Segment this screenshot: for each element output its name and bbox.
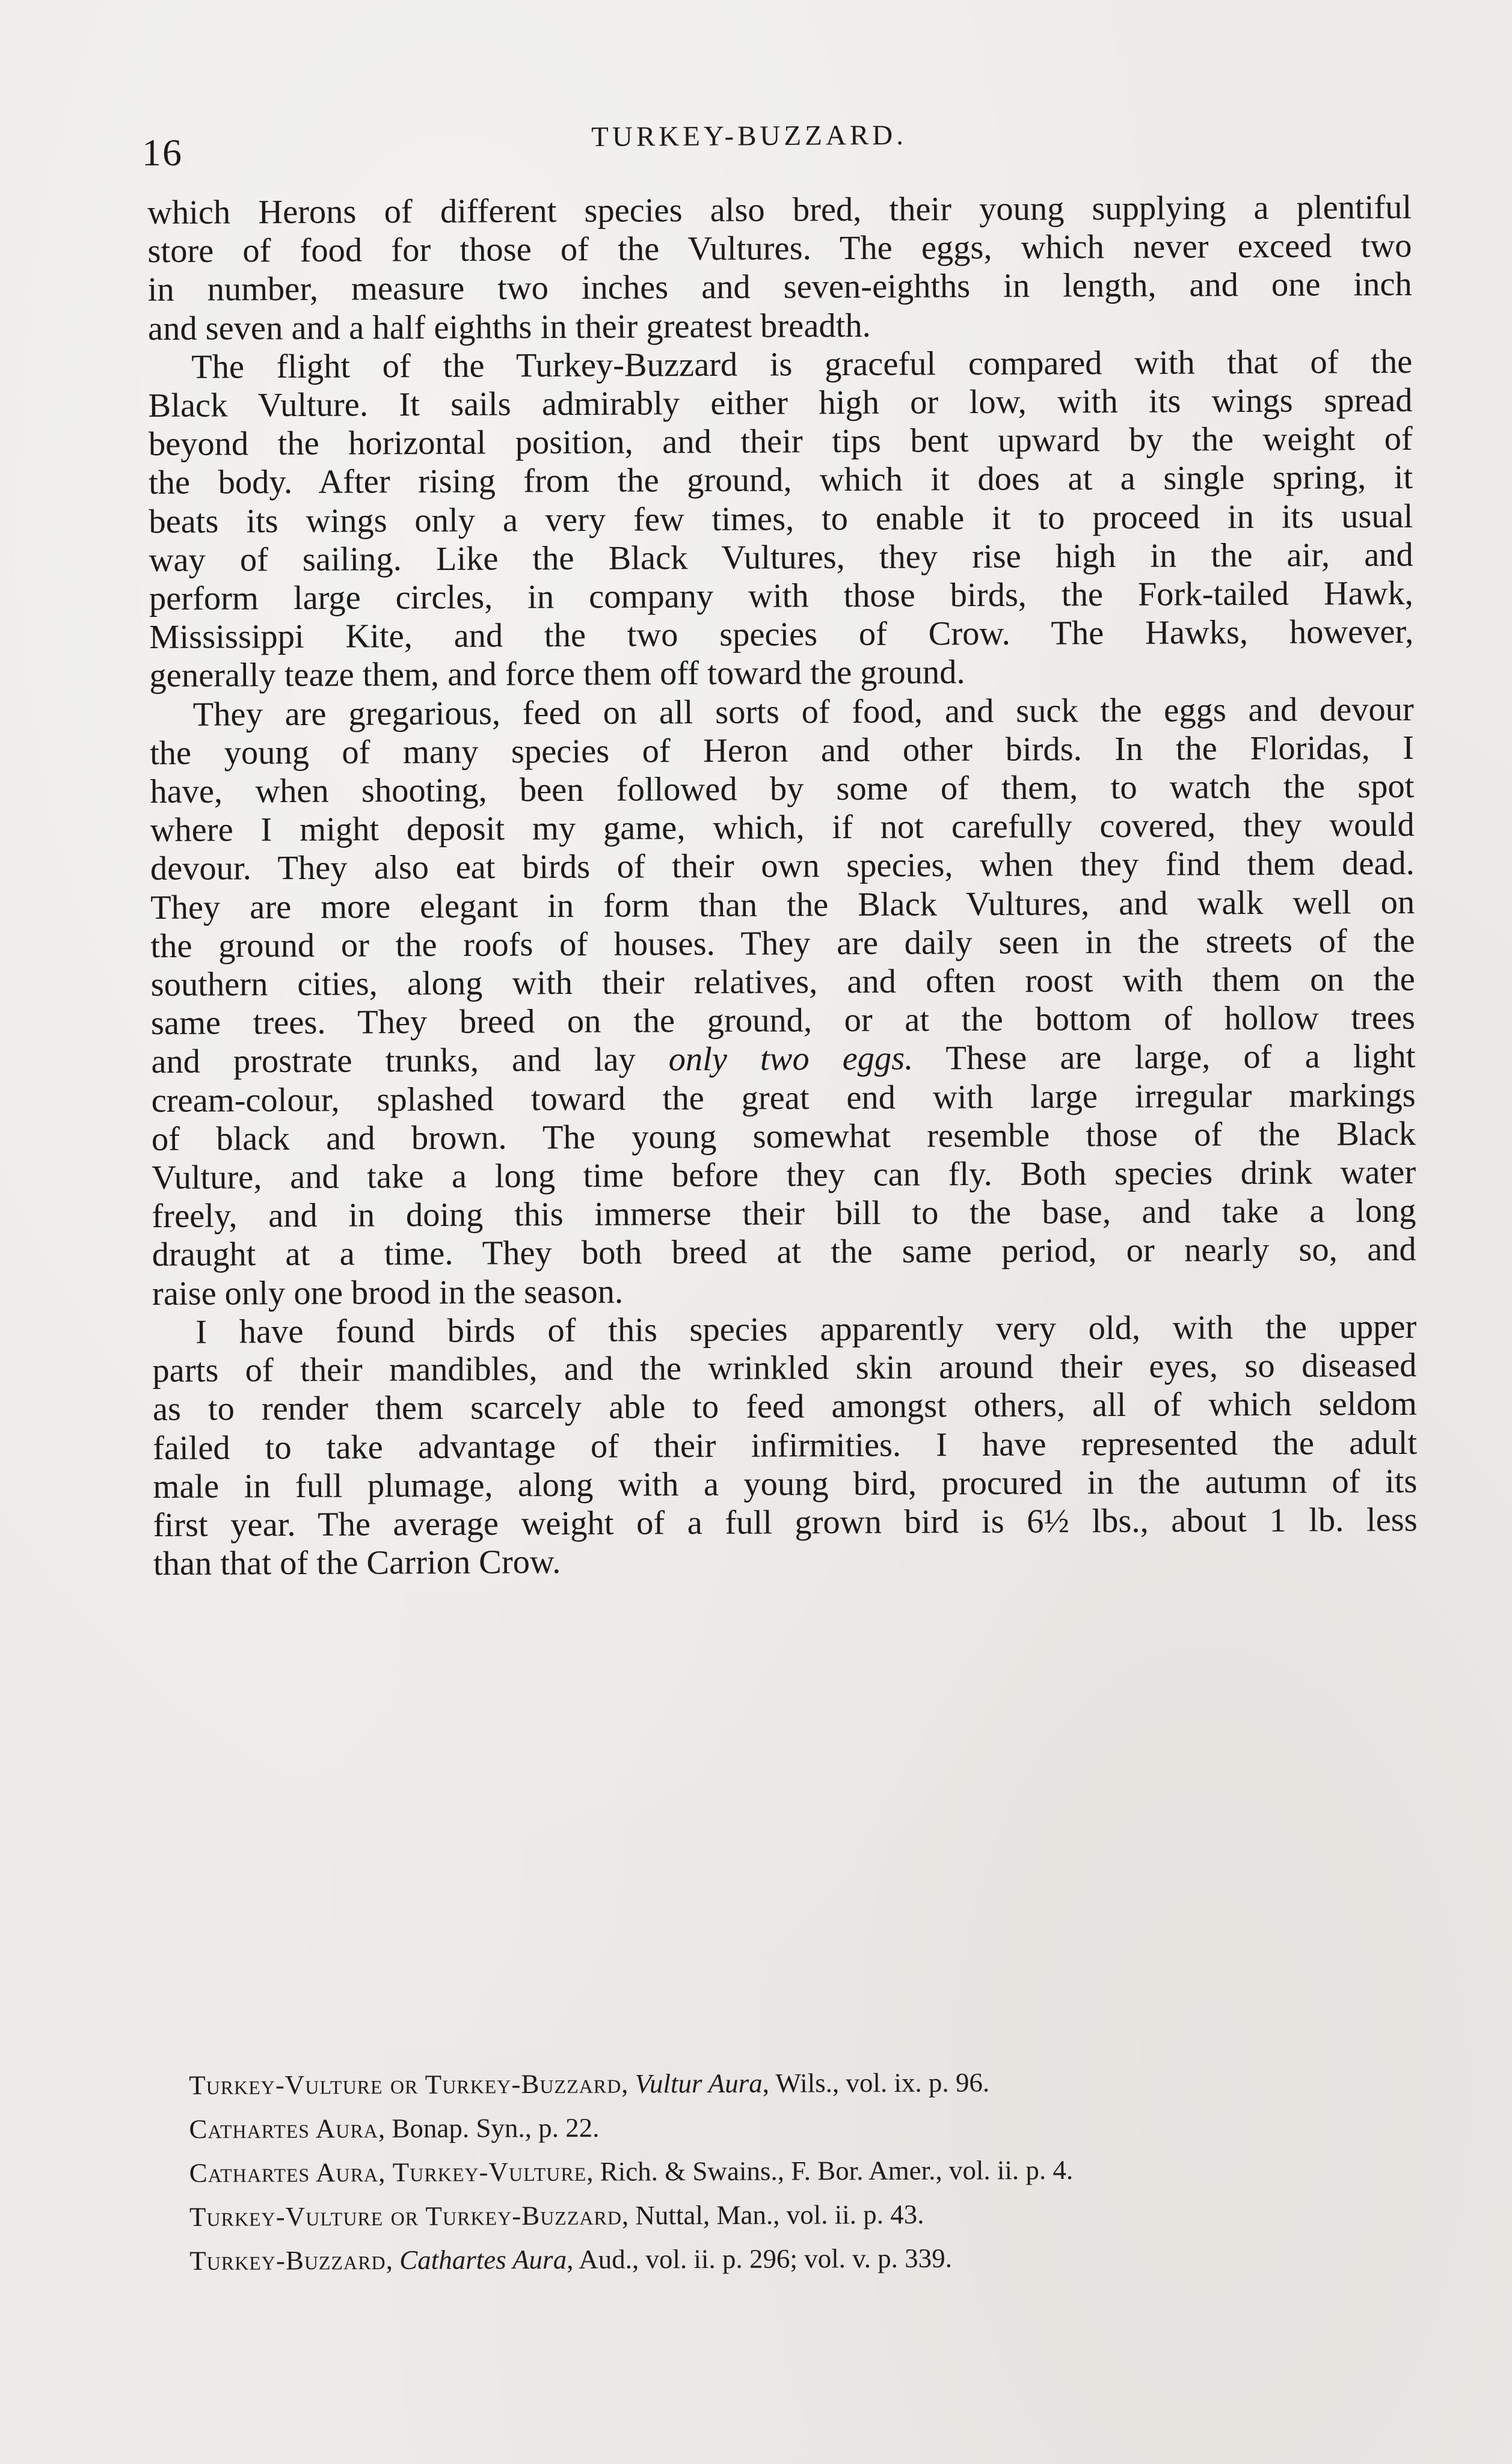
- text-line: first year. The average weight of a full…: [153, 1501, 1418, 1545]
- synonym-reference: Aud., vol. ii. p. 296; vol. v. p. 339.: [579, 2243, 952, 2275]
- text-line: which Herons of different species also b…: [147, 188, 1412, 232]
- page-number: 16: [142, 133, 183, 172]
- text-line: Black Vulture. It sails admirably either…: [148, 381, 1412, 425]
- text-line: They are more elegant in form than the B…: [150, 883, 1415, 927]
- text-line: and prostrate trunks, and lay only two e…: [151, 1037, 1415, 1081]
- synonymy-entry: Cathartes Aura, Bonap. Syn., p. 22.: [189, 2104, 1073, 2151]
- text-line: beyond the horizontal position, and thei…: [149, 420, 1413, 464]
- synonym-name: Cathartes Aura, Turkey-Vulture: [189, 2157, 587, 2188]
- italic-phrase: only two eggs.: [669, 1040, 914, 1079]
- running-head: TURKEY-BUZZARD.: [591, 121, 907, 152]
- text-line: where I might deposit my game, which, if…: [150, 806, 1414, 850]
- synonym-name: Cathartes Aura: [189, 2113, 378, 2144]
- synonym-name: Turkey-Vulture or Turkey-Buzzard: [189, 2200, 622, 2232]
- text-line: They are gregarious, feed on all sorts o…: [150, 690, 1414, 734]
- text-line: beats its wings only a very few times, t…: [149, 497, 1413, 541]
- text-line: way of sailing. Like the Black Vultures,…: [149, 536, 1413, 580]
- text-line: male in full plumage, along with a young…: [153, 1462, 1417, 1506]
- latin-binomial: Vultur Aura: [635, 2068, 763, 2099]
- text-line: freely, and in doing this immerse their …: [152, 1192, 1416, 1236]
- text-line: and seven and a half eighths in their gr…: [148, 304, 1412, 348]
- latin-binomial: Cathartes Aura: [399, 2245, 567, 2275]
- text-line: devour. They also eat birds of their own…: [150, 844, 1415, 888]
- text-line: perform large circles, in company with t…: [149, 574, 1413, 618]
- synonym-reference: Wils., vol. ix. p. 96.: [775, 2067, 989, 2098]
- synonym-reference: Nuttal, Man., vol. ii. p. 43.: [635, 2199, 924, 2231]
- text-line: cream-colour, splashed toward the great …: [151, 1076, 1415, 1120]
- text-line: same trees. They breed on the ground, or…: [151, 999, 1415, 1043]
- text-line: in number, measure two inches and seven-…: [148, 265, 1412, 309]
- text-line: the ground or the roofs of houses. They …: [150, 922, 1415, 966]
- text-line: of black and brown. The young somewhat r…: [152, 1115, 1416, 1159]
- paragraph: The flight of the Turkey-Buzzard is grac…: [148, 343, 1414, 696]
- text-line: southern cities, along with their relati…: [151, 960, 1415, 1004]
- synonym-name: Turkey-Vulture or Turkey-Buzzard: [189, 2068, 621, 2100]
- text-line: store of food for those of the Vultures.…: [147, 227, 1412, 271]
- text-line: generally teaze them, and force them off…: [149, 651, 1413, 695]
- text-line: have, when shooting, been followed by so…: [150, 767, 1414, 811]
- synonymy-entry: Turkey-Vulture or Turkey-Buzzard, Vultur…: [189, 2061, 1073, 2107]
- text-line: The flight of the Turkey-Buzzard is grac…: [148, 343, 1412, 387]
- body-text: which Herons of different species also b…: [147, 188, 1418, 1583]
- text-line: Vulture, and take a long time before the…: [152, 1153, 1416, 1197]
- text-line: parts of their mandibles, and the wrinkl…: [152, 1346, 1416, 1390]
- text-line: than that of the Carrion Crow.: [153, 1539, 1418, 1583]
- text-line: the young of many species of Heron and o…: [150, 729, 1414, 773]
- synonym-reference: Rich. & Swains., F. Bor. Amer., vol. ii.…: [600, 2155, 1074, 2187]
- synonymy-entry: Cathartes Aura, Turkey-Vulture, Rich. & …: [189, 2148, 1074, 2195]
- paragraph: I have found birds of this species appar…: [152, 1308, 1418, 1584]
- text-line: failed to take advantage of their infirm…: [153, 1423, 1417, 1467]
- synonymy-entry: Turkey-Buzzard, Cathartes Aura, Aud., vo…: [189, 2236, 1074, 2283]
- text-line: draught at a time. They both breed at th…: [152, 1230, 1416, 1274]
- text-line: the body. After rising from the ground, …: [149, 458, 1413, 502]
- synonymy-list: Turkey-Vulture or Turkey-Buzzard, Vultur…: [189, 2061, 1074, 2283]
- text-line: I have found birds of this species appar…: [152, 1308, 1416, 1352]
- text-line: as to render them scarcely able to feed …: [153, 1385, 1417, 1429]
- synonym-reference: Bonap. Syn., p. 22.: [392, 2113, 599, 2144]
- text-line: raise only one brood in the season.: [152, 1269, 1416, 1313]
- text-line: Mississippi Kite, and the two species of…: [149, 613, 1413, 657]
- paragraph: They are gregarious, feed on all sorts o…: [150, 690, 1416, 1313]
- paragraph: which Herons of different species also b…: [147, 188, 1412, 348]
- synonymy-entry: Turkey-Vulture or Turkey-Buzzard, Nuttal…: [189, 2192, 1074, 2239]
- synonym-name: Turkey-Buzzard: [189, 2245, 386, 2276]
